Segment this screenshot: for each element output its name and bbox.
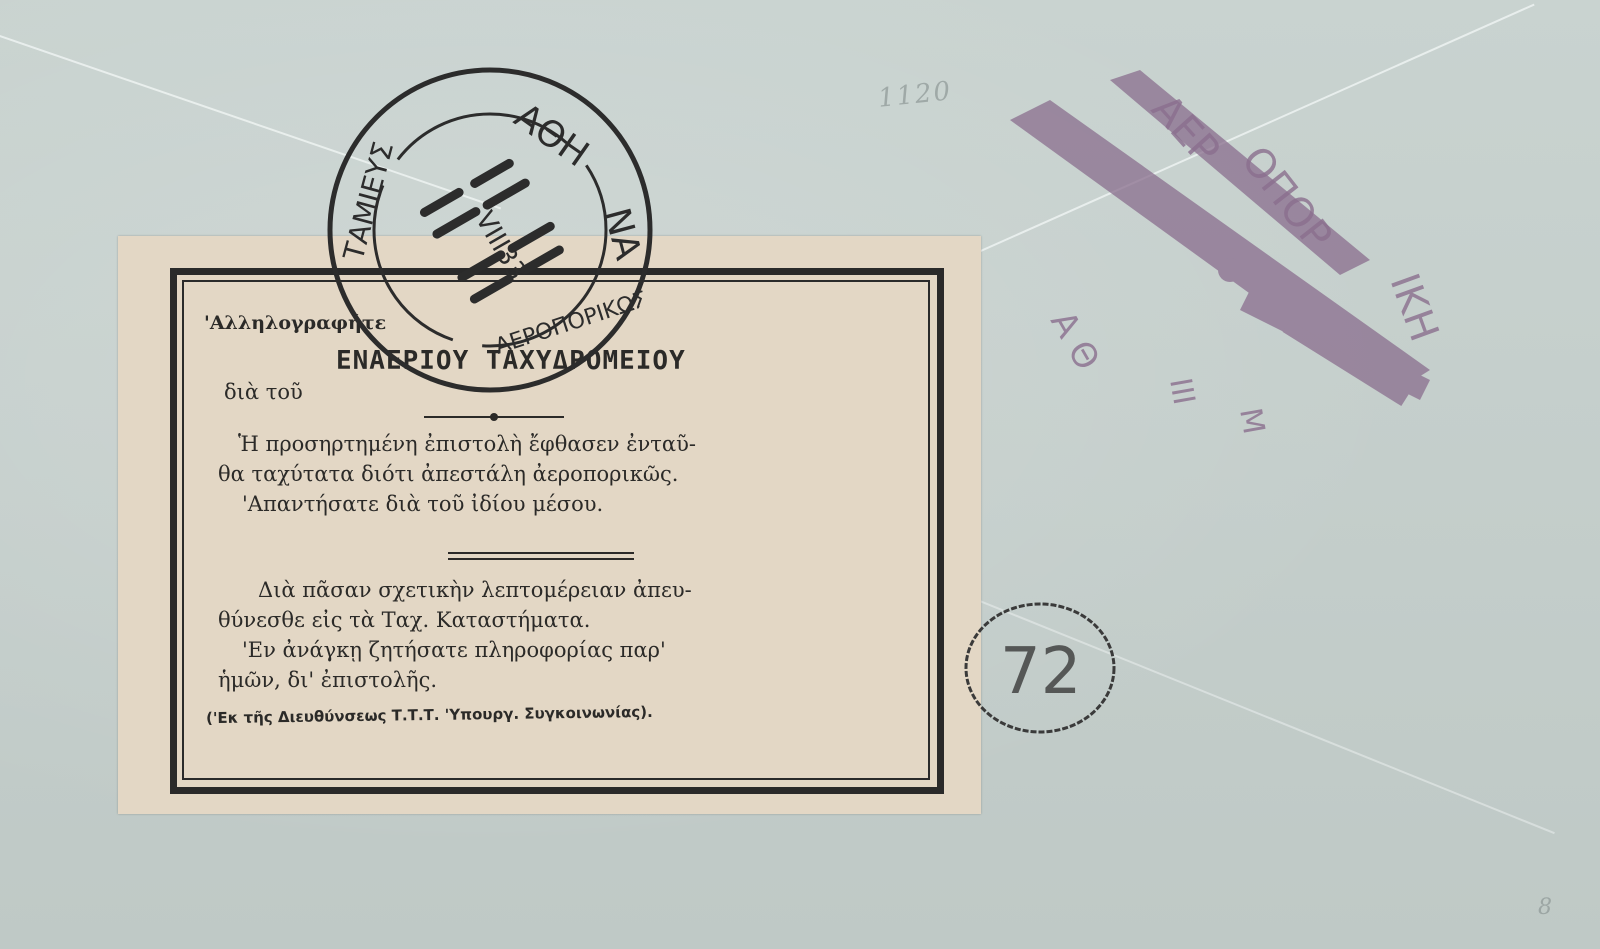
airmail-cachet: ΑΕΡ ΟΠΟΡ ΙΚΗ Α Θ III Μ <box>990 50 1510 470</box>
paragraph2-line: 'Εν ἀνάγκῃ ζητήσατε πληροφορίας παρ' <box>242 638 666 662</box>
ornament-dot <box>490 413 498 421</box>
double-rule-top <box>448 552 634 554</box>
margin-note: 8 <box>1538 895 1554 920</box>
svg-text:Α Θ: Α Θ <box>1042 305 1107 378</box>
svg-text:ΟΠΟΡ: ΟΠΟΡ <box>1232 138 1340 259</box>
paragraph1-line: θα ταχύτατα διότι ἀπεστάλη ἀεροπορικῶς. <box>218 462 678 486</box>
envelope-back: 1120 'Αλληλογραφήτε διὰ τοῦ ΕΝΑΕΡΙΟΥ ΤΑΧ… <box>0 0 1600 949</box>
athens-postmark: ΑΘΗ ΝΑ ΤΑΜΙΕΥΣ ΑΕΡΟΠΟΡΙΚΩΣ VIII33 <box>322 62 658 398</box>
label-heading-prefix: διὰ τοῦ <box>224 380 303 404</box>
receiving-mark: 72 <box>960 598 1120 738</box>
paragraph2-line: θύνεσθε εἰς τὰ Ταχ. Καταστήματα. <box>218 608 590 632</box>
paragraph1-line: Ἡ προσηρτημένη ἐπιστολὴ ἔφθασεν ἐνταῦ- <box>238 432 696 456</box>
svg-text:Μ: Μ <box>1232 405 1271 437</box>
svg-text:ΙΚΗ: ΙΚΗ <box>1381 268 1448 348</box>
pencil-note: 1120 <box>877 76 954 114</box>
postmark-city-text: ΑΘΗ <box>507 96 596 175</box>
paragraph2-line: ἡμῶν, δι' ἐπιστολῆς. <box>218 668 437 692</box>
svg-text:III: III <box>1162 375 1201 407</box>
paragraph1-line: 'Απαντήσατε διὰ τοῦ ἰδίου μέσου. <box>242 492 603 516</box>
svg-text:72: 72 <box>1000 635 1081 709</box>
double-rule-bottom <box>448 558 634 560</box>
paragraph2-line: Διὰ πᾶσαν σχετικὴν λεπτομέρειαν ἀπευ- <box>258 578 692 602</box>
